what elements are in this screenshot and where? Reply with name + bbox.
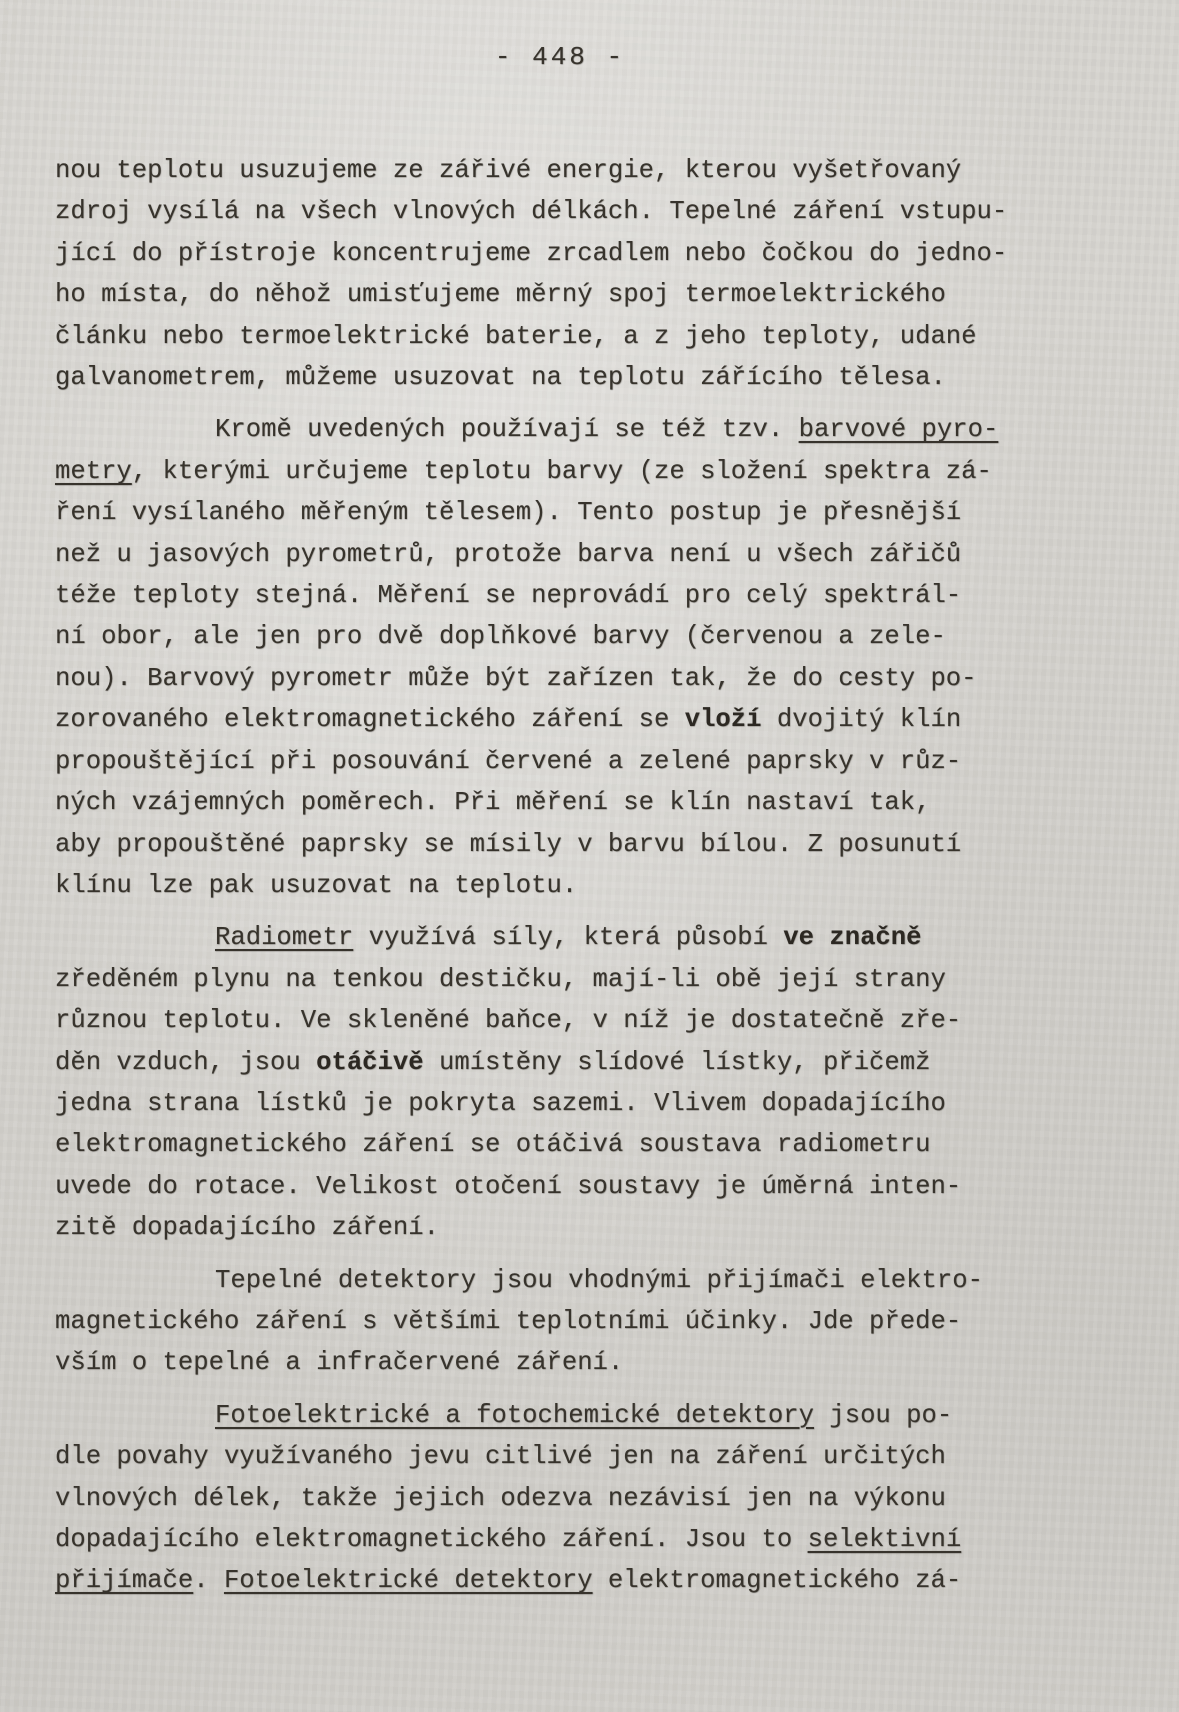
text-segment: zdroj vysílá na všech vlnových délkách. … xyxy=(55,197,1007,226)
text-line: článku nebo termoelektrické baterie, a z… xyxy=(55,316,1020,357)
text-line: aby propouštěné paprsky se mísily v barv… xyxy=(55,824,1020,865)
text-line: Fotoelektrické a fotochemické detektory … xyxy=(55,1395,1020,1436)
text-line: ho místa, do něhož umisťujeme měrný spoj… xyxy=(55,274,1020,315)
text-line: Tepelné detektory jsou vhodnými přijímač… xyxy=(55,1260,1020,1301)
text-line: dopadajícího elektromagnetického záření.… xyxy=(55,1519,1020,1560)
text-segment: jící do přístroje koncentrujeme zrcadlem… xyxy=(55,239,1007,268)
text-line: vším o tepelné a infračervené záření. xyxy=(55,1342,1020,1383)
text-segment: aby propouštěné paprsky se mísily v barv… xyxy=(55,830,961,859)
text-line: galvanometrem, můžeme usuzovat na teplot… xyxy=(55,357,1020,398)
underlined-text: selektivní xyxy=(808,1525,962,1554)
text-line: propouštějící při posouvání červené a ze… xyxy=(55,741,1020,782)
scanned-document-page: - 448 - nou teplotu usuzujeme ze zářivé … xyxy=(0,0,1179,1712)
text-line: různou teplotu. Ve skleněné baňce, v níž… xyxy=(55,1000,1020,1041)
text-line: zorovaného elektromagnetického záření se… xyxy=(55,699,1020,740)
text-segment: umístěny slídové lístky, přičemž xyxy=(424,1048,931,1077)
text-segment: jedna strana lístků je pokryta sazemi. V… xyxy=(55,1089,946,1118)
text-segment: ní obor, ale jen pro dvě doplňkové barvy… xyxy=(55,622,946,651)
text-line: téže teploty stejná. Měření se neprovádí… xyxy=(55,575,1020,616)
text-line: jící do přístroje koncentrujeme zrcadlem… xyxy=(55,233,1020,274)
text-segment: zitě dopadajícího záření. xyxy=(55,1213,439,1242)
text-line: Radiometr využívá síly, která působí ve … xyxy=(55,917,1020,958)
text-segment: otáčivě xyxy=(316,1048,424,1077)
underlined-text: Radiometr xyxy=(215,923,353,952)
text-line: než u jasových pyrometrů, protože barva … xyxy=(55,534,1020,575)
text-segment: , kterými určujeme teplotu barvy (ze slo… xyxy=(132,457,992,486)
text-segment: jsou po- xyxy=(814,1401,952,1430)
text-segment: různou teplotu. Ve skleněné baňce, v níž… xyxy=(55,1006,961,1035)
text-line: nou teplotu usuzujeme ze zářivé energie,… xyxy=(55,150,1020,191)
text-line: zdroj vysílá na všech vlnových délkách. … xyxy=(55,191,1020,232)
text-segment: elektromagnetického zá- xyxy=(593,1566,962,1595)
paragraph: Fotoelektrické a fotochemické detektory … xyxy=(55,1395,1020,1602)
text-segment: Kromě uvedených používají se též tzv. xyxy=(215,415,799,444)
text-segment: využívá síly, která působí xyxy=(353,923,783,952)
underlined-text: Fotoelektrické a fotochemické detektory xyxy=(215,1401,814,1430)
text-line: uvede do rotace. Velikost otočení sousta… xyxy=(55,1166,1020,1207)
text-segment: dvojitý klín xyxy=(762,705,962,734)
underlined-text: metry xyxy=(55,457,132,486)
text-segment: ve značně xyxy=(783,923,921,952)
text-line: dle povahy využívaného jevu citlivé jen … xyxy=(55,1436,1020,1477)
text-segment: zředěném plynu na tenkou destičku, mají-… xyxy=(55,965,946,994)
text-line: nou). Barvový pyrometr může být zařízen … xyxy=(55,658,1020,699)
text-segment: magnetického záření s většími teplotními… xyxy=(55,1307,961,1336)
underlined-text: přijímače xyxy=(55,1566,193,1595)
text-line: Kromě uvedených používají se též tzv. ba… xyxy=(55,409,1020,450)
text-segment: elektromagnetického záření se otáčivá so… xyxy=(55,1130,930,1159)
text-line: děn vzduch, jsou otáčivě umístěny slídov… xyxy=(55,1042,1020,1083)
text-line: zitě dopadajícího záření. xyxy=(55,1207,1020,1248)
text-segment: děn vzduch, jsou xyxy=(55,1048,316,1077)
paragraph: Tepelné detektory jsou vhodnými přijímač… xyxy=(55,1260,1020,1384)
page-number: - 448 - xyxy=(0,42,1120,72)
text-segment: článku nebo termoelektrické baterie, a z… xyxy=(55,322,977,351)
underlined-text: barvové pyro- xyxy=(799,415,999,444)
text-segment: dopadajícího elektromagnetického záření.… xyxy=(55,1525,808,1554)
text-line: ných vzájemných poměrech. Při měření se … xyxy=(55,782,1020,823)
text-line: vlnových délek, takže jejich odezva nezá… xyxy=(55,1478,1020,1519)
text-segment: nou). Barvový pyrometr může být zařízen … xyxy=(55,664,977,693)
text-segment: ření vysílaného měřeným tělesem). Tento … xyxy=(55,498,961,527)
text-line: metry, kterými určujeme teplotu barvy (z… xyxy=(55,451,1020,492)
text-segment: než u jasových pyrometrů, protože barva … xyxy=(55,540,961,569)
text-line: ní obor, ale jen pro dvě doplňkové barvy… xyxy=(55,616,1020,657)
paragraph: Radiometr využívá síly, která působí ve … xyxy=(55,917,1020,1248)
text-segment: Tepelné detektory jsou vhodnými přijímač… xyxy=(215,1266,983,1295)
text-line: klínu lze pak usuzovat na teplotu. xyxy=(55,865,1020,906)
text-line: ření vysílaného měřeným tělesem). Tento … xyxy=(55,492,1020,533)
text-segment: ných vzájemných poměrech. Při měření se … xyxy=(55,788,930,817)
text-segment: vlnových délek, takže jejich odezva nezá… xyxy=(55,1484,946,1513)
text-segment: vším o tepelné a infračervené záření. xyxy=(55,1348,623,1377)
text-segment: propouštějící při posouvání červené a ze… xyxy=(55,747,961,776)
text-segment: nou teplotu usuzujeme ze zářivé energie,… xyxy=(55,156,961,185)
text-segment: galvanometrem, můžeme usuzovat na teplot… xyxy=(55,363,946,392)
text-segment: zorovaného elektromagnetického záření se xyxy=(55,705,685,734)
text-segment: téže teploty stejná. Měření se neprovádí… xyxy=(55,581,961,610)
text-line: přijímače. Fotoelektrické detektory elek… xyxy=(55,1560,1020,1601)
text-line: magnetického záření s většími teplotními… xyxy=(55,1301,1020,1342)
text-line: zředěném plynu na tenkou destičku, mají-… xyxy=(55,959,1020,1000)
text-line: jedna strana lístků je pokryta sazemi. V… xyxy=(55,1083,1020,1124)
underlined-text: Fotoelektrické detektory xyxy=(224,1566,593,1595)
document-body: nou teplotu usuzujeme ze zářivé energie,… xyxy=(55,150,1020,1602)
paragraph: Kromě uvedených používají se též tzv. ba… xyxy=(55,409,1020,906)
text-segment: klínu lze pak usuzovat na teplotu. xyxy=(55,871,577,900)
text-segment: dle povahy využívaného jevu citlivé jen … xyxy=(55,1442,946,1471)
text-segment: ho místa, do něhož umisťujeme měrný spoj… xyxy=(55,280,946,309)
text-segment: uvede do rotace. Velikost otočení sousta… xyxy=(55,1172,961,1201)
text-line: elektromagnetického záření se otáčivá so… xyxy=(55,1124,1020,1165)
paragraph: nou teplotu usuzujeme ze zářivé energie,… xyxy=(55,150,1020,398)
text-segment: . xyxy=(193,1566,224,1595)
text-segment: vloží xyxy=(685,705,762,734)
